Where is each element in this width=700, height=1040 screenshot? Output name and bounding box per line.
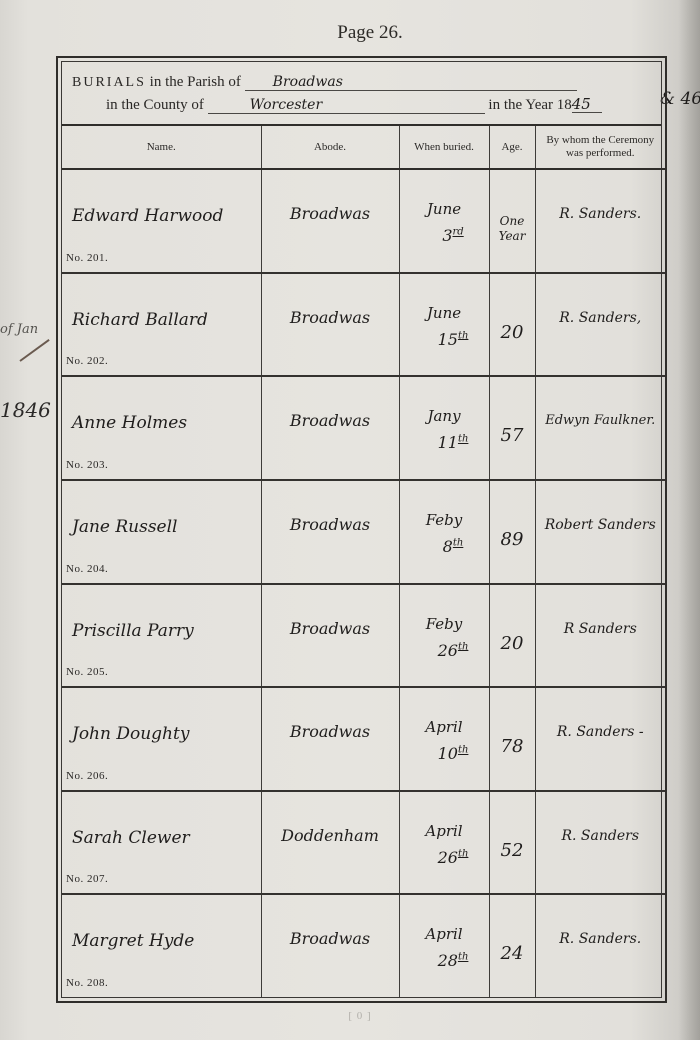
officiant-value: R. Sanders,: [540, 310, 662, 326]
burial-month: June: [400, 304, 489, 322]
abode-cell: Broadwas: [261, 169, 399, 273]
parish-field: Broadwas: [245, 74, 577, 91]
burial-month: April: [400, 718, 489, 736]
county-prefix: in the County of: [106, 97, 204, 113]
column-header-abode: Abode.: [261, 126, 399, 169]
name-cell: Anne HolmesNo. 203.: [62, 376, 261, 480]
table-row: Sarah ClewerNo. 207. Doddenham April26th…: [62, 791, 665, 895]
officiant-cell: Edwyn Faulkner.: [535, 376, 665, 480]
parish-line: BURIALS in the Parish of Broadwas: [72, 74, 577, 91]
age-cell: 20: [489, 584, 535, 688]
page-title: Page 26.: [0, 22, 700, 44]
table-row: Anne HolmesNo. 203. Broadwas Jany11th 57…: [62, 376, 665, 480]
abode-value: Broadwas: [262, 308, 399, 327]
deceased-name: Richard Ballard: [72, 310, 208, 330]
parish-prefix: in the Parish of: [150, 74, 241, 90]
burial-day: 15th: [400, 330, 489, 349]
abode-cell: Broadwas: [261, 687, 399, 791]
abode-cell: Broadwas: [261, 376, 399, 480]
name-cell: Priscilla ParryNo. 205.: [62, 584, 261, 688]
burial-date-cell: June15th: [399, 273, 489, 377]
burial-date-cell: June3rd: [399, 169, 489, 273]
deceased-name: Margret Hyde: [72, 931, 194, 951]
book-spine-shadow: [678, 0, 700, 1040]
entry-number: No. 208.: [66, 977, 108, 989]
entry-number: No. 206.: [66, 770, 108, 782]
deceased-name: John Doughty: [72, 724, 189, 744]
officiant-cell: R. Sanders -: [535, 687, 665, 791]
deceased-name: Edward Harwood: [72, 206, 223, 226]
burial-date-cell: April28th: [399, 894, 489, 997]
column-header-officiant: By whom the Ceremony was performed.: [535, 126, 665, 169]
register-header: BURIALS in the Parish of Broadwas in the…: [62, 62, 661, 124]
table-row: Edward HarwoodNo. 201. Broadwas June3rd …: [62, 169, 665, 273]
deceased-name: Priscilla Parry: [72, 621, 194, 641]
margin-stroke: [19, 339, 49, 362]
officiant-cell: R Sanders: [535, 584, 665, 688]
officiant-value: R. Sanders.: [540, 206, 662, 222]
name-cell: John DoughtyNo. 206.: [62, 687, 261, 791]
margin-note-jan: of Jan: [0, 322, 38, 337]
officiant-value: R. Sanders -: [540, 724, 662, 740]
abode-value: Broadwas: [262, 204, 399, 223]
column-header-when-buried: When buried.: [399, 126, 489, 169]
name-cell: Edward HarwoodNo. 201.: [62, 169, 261, 273]
age-cell: One Year: [489, 169, 535, 273]
table-row: Jane RussellNo. 204. Broadwas Feby8th 89…: [62, 480, 665, 584]
burial-day: 3rd: [400, 226, 489, 245]
age-value: 89: [490, 529, 535, 550]
table-row: John DoughtyNo. 206. Broadwas April10th …: [62, 687, 665, 791]
burial-day: 26th: [400, 848, 489, 867]
abode-cell: Broadwas: [261, 480, 399, 584]
burial-date-cell: April26th: [399, 791, 489, 895]
margin-note-1846: 1846: [0, 398, 51, 422]
entry-number: No. 205.: [66, 666, 108, 678]
entry-number: No. 203.: [66, 459, 108, 471]
officiant-value: Edwyn Faulkner.: [540, 413, 662, 428]
footer-page-mark: [ 0 ]: [0, 1010, 700, 1022]
age-value: 20: [490, 322, 535, 343]
column-header-name: Name.: [62, 126, 261, 169]
burial-month: April: [400, 822, 489, 840]
burial-day: 11th: [400, 433, 489, 452]
burial-date-cell: April10th: [399, 687, 489, 791]
officiant-cell: R. Sanders,: [535, 273, 665, 377]
age-cell: 20: [489, 273, 535, 377]
entry-number: No. 204.: [66, 563, 108, 575]
burial-day: 28th: [400, 951, 489, 970]
abode-value: Broadwas: [262, 619, 399, 638]
officiant-cell: R. Sanders.: [535, 894, 665, 997]
burial-month: June: [400, 200, 489, 218]
county-line: in the County of Worcester in the Year 1…: [106, 96, 602, 114]
table-row: Margret HydeNo. 208. Broadwas April28th …: [62, 894, 665, 997]
name-cell: Jane RussellNo. 204.: [62, 480, 261, 584]
age-value: 20: [490, 633, 535, 654]
burial-day: 8th: [400, 537, 489, 556]
burial-month: Jany: [400, 407, 489, 425]
age-value: One Year: [490, 214, 535, 244]
burial-date-cell: Jany11th: [399, 376, 489, 480]
age-value: 52: [490, 840, 535, 861]
officiant-value: R. Sanders.: [540, 931, 662, 947]
abode-value: Doddenham: [262, 826, 399, 845]
age-cell: 57: [489, 376, 535, 480]
abode-cell: Doddenham: [261, 791, 399, 895]
name-cell: Margret HydeNo. 208.: [62, 894, 261, 997]
burial-day: 10th: [400, 744, 489, 763]
age-cell: 78: [489, 687, 535, 791]
table-row: Richard BallardNo. 202. Broadwas June15t…: [62, 273, 665, 377]
burials-label: BURIALS: [72, 75, 146, 90]
age-cell: 24: [489, 894, 535, 997]
deceased-name: Anne Holmes: [72, 413, 187, 433]
abode-value: Broadwas: [262, 515, 399, 534]
age-value: 24: [490, 943, 535, 964]
burial-register-table: Name. Abode. When buried. Age. By whom t…: [62, 124, 661, 997]
burial-month: Feby: [400, 511, 489, 529]
entry-number: No. 207.: [66, 873, 108, 885]
county-field: Worcester: [208, 97, 485, 114]
abode-value: Broadwas: [262, 722, 399, 741]
abode-value: Broadwas: [262, 929, 399, 948]
entry-number: No. 201.: [66, 252, 108, 264]
entry-number: No. 202.: [66, 355, 108, 367]
age-value: 57: [490, 425, 535, 446]
age-cell: 89: [489, 480, 535, 584]
age-value: 78: [490, 736, 535, 757]
name-cell: Richard BallardNo. 202.: [62, 273, 261, 377]
year-field: 45: [572, 96, 602, 113]
officiant-value: R. Sanders: [540, 828, 662, 844]
register-frame: BURIALS in the Parish of Broadwas in the…: [56, 56, 667, 1003]
age-cell: 52: [489, 791, 535, 895]
officiant-value: R Sanders: [540, 621, 662, 637]
year-prefix: in the Year 18: [488, 97, 571, 113]
burial-month: Feby: [400, 615, 489, 633]
abode-cell: Broadwas: [261, 894, 399, 997]
register-inner-frame: BURIALS in the Parish of Broadwas in the…: [61, 61, 662, 998]
officiant-cell: R. Sanders: [535, 791, 665, 895]
table-header-row: Name. Abode. When buried. Age. By whom t…: [62, 126, 665, 169]
abode-cell: Broadwas: [261, 584, 399, 688]
burial-date-cell: Feby8th: [399, 480, 489, 584]
name-cell: Sarah ClewerNo. 207.: [62, 791, 261, 895]
abode-cell: Broadwas: [261, 273, 399, 377]
column-header-age: Age.: [489, 126, 535, 169]
officiant-cell: R. Sanders.: [535, 169, 665, 273]
officiant-value: Robert Sanders: [540, 517, 662, 533]
deceased-name: Jane Russell: [72, 517, 178, 537]
abode-value: Broadwas: [262, 411, 399, 430]
table-row: Priscilla ParryNo. 205. Broadwas Feby26t…: [62, 584, 665, 688]
burial-month: April: [400, 925, 489, 943]
deceased-name: Sarah Clewer: [72, 828, 190, 848]
officiant-cell: Robert Sanders: [535, 480, 665, 584]
burial-date-cell: Feby26th: [399, 584, 489, 688]
burial-day: 26th: [400, 641, 489, 660]
